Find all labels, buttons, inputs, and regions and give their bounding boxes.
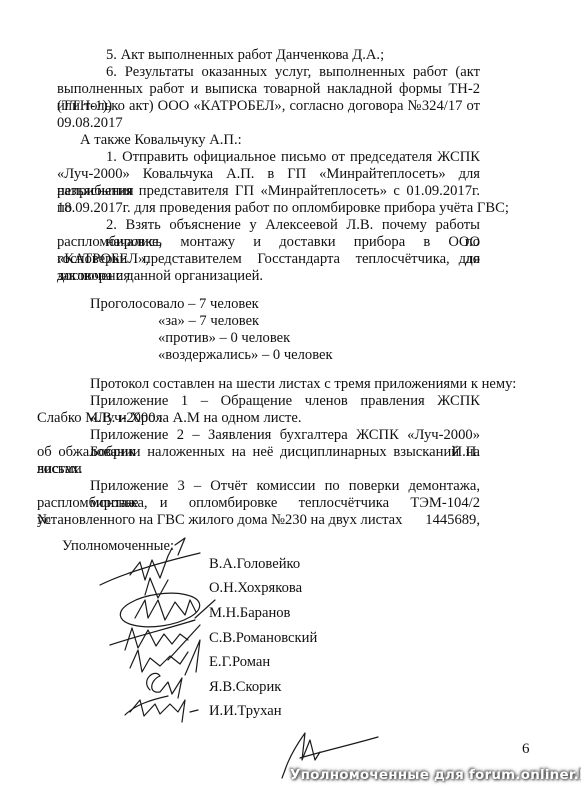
signature-bottom: [285, 733, 320, 770]
watermark: Уполномоченные для forum.onliner.by: [290, 767, 581, 783]
handwritten-signatures: [0, 0, 581, 800]
signature-1: [100, 553, 200, 585]
page-number: 6: [522, 741, 530, 758]
document-page: 5. Акт выполненных работ Данченкова Д.А.…: [0, 0, 581, 800]
